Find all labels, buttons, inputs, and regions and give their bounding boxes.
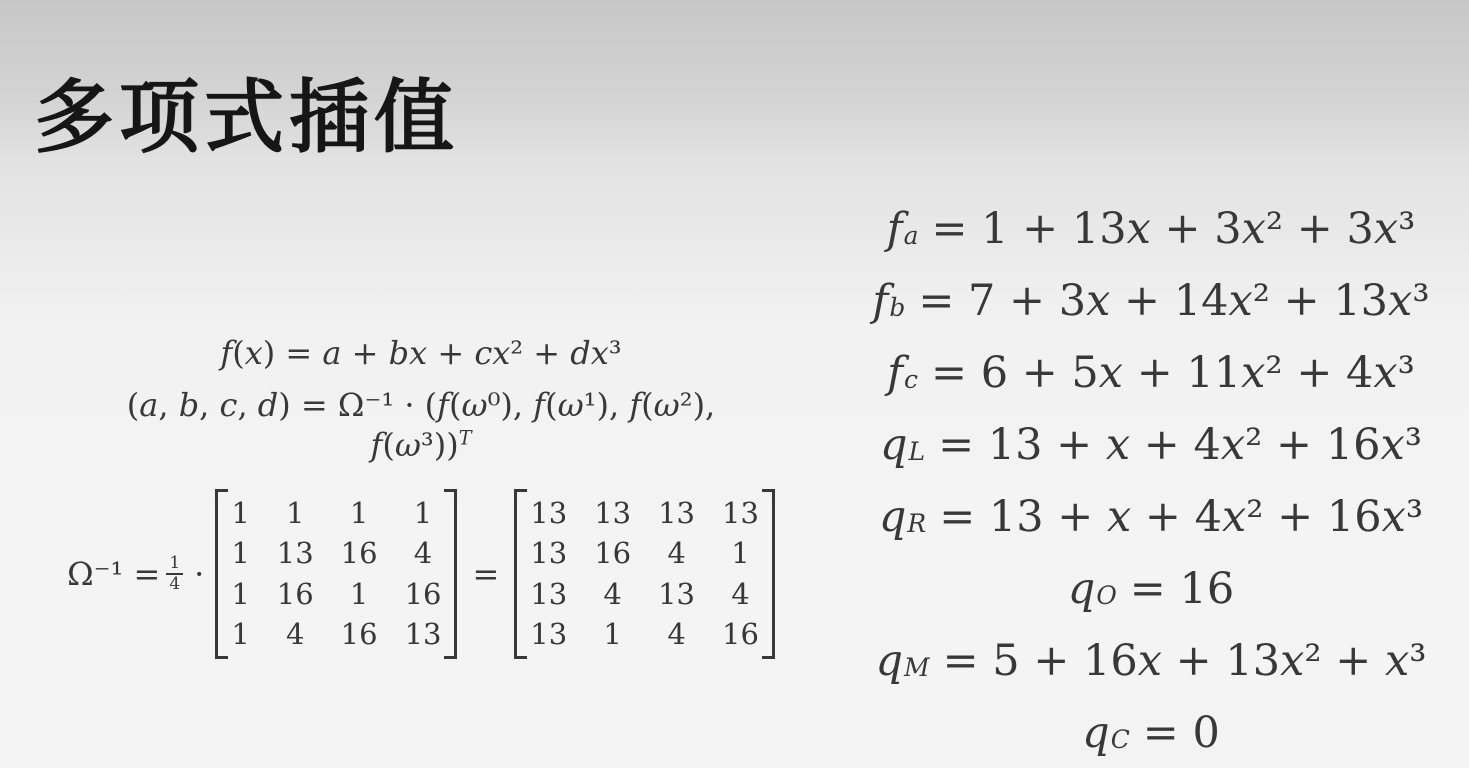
matrix-cell: 13 — [277, 538, 314, 568]
equation-rhs: = 16 — [1130, 564, 1234, 614]
equation-lhs: q — [876, 636, 904, 686]
matrix-cell: 16 — [722, 619, 759, 649]
matrix-cell: 13 — [530, 579, 567, 609]
matrix-cell: 1 — [286, 498, 304, 528]
matrix-cell: 1 — [231, 619, 249, 649]
vandermonde-matrix: 1 1 1 1 1 13 16 4 1 16 1 16 1 4 16 13 — [215, 489, 457, 659]
equation-lhs: q — [1068, 564, 1096, 614]
matrix-cell: 1 — [414, 498, 432, 528]
matrix-cell: 13 — [530, 538, 567, 568]
omega-inverse-lhs: Ω⁻¹ = — [67, 555, 160, 593]
matrix-cell: 13 — [658, 498, 695, 528]
matrix-cell: 1 — [231, 538, 249, 568]
equation-lhs: q — [1082, 708, 1110, 758]
matrix-cell: 4 — [731, 579, 749, 609]
right-equations-column: fa= 1 + 13x + 3x² + 3x³ fb= 7 + 3x + 14x… — [845, 193, 1457, 768]
equation-lhs: q — [879, 492, 907, 542]
equation-lhs: f — [872, 276, 888, 326]
matrix-cell: 1 — [350, 579, 368, 609]
multiplication-dot: · — [194, 555, 204, 593]
equation-qc: qC= 0 — [845, 697, 1457, 768]
equation-rhs: = 5 + 16x + 13x² + x³ — [943, 636, 1427, 686]
equation-lhs: f — [887, 348, 903, 398]
matrix-cell: 1 — [231, 498, 249, 528]
matrix-cell: 1 — [731, 538, 749, 568]
equation-qo: qO= 16 — [845, 553, 1457, 625]
matrix-cell: 13 — [658, 579, 695, 609]
one-quarter-fraction: 1 4 — [166, 554, 183, 594]
matrix-cell: 13 — [405, 619, 442, 649]
formula-polynomial: f(x) = a + bx + cx² + dx³ — [80, 333, 762, 373]
result-matrix: 13 13 13 13 13 16 4 1 13 4 13 4 13 1 4 1… — [514, 489, 775, 659]
equation-rhs: = 1 + 13x + 3x² + 3x³ — [931, 204, 1415, 254]
formula-omega-inverse: Ω⁻¹ = 1 4 · 1 1 1 1 1 13 16 4 1 16 1 16 … — [80, 489, 762, 659]
matrix-cell: 16 — [341, 538, 378, 568]
formula-coefficients: (a, b, c, d) = Ω⁻¹ · (f(ω⁰), f(ω¹), f(ω²… — [80, 385, 762, 465]
page-title: 多项式插值 — [34, 68, 459, 168]
matrix-cell: 16 — [277, 579, 314, 609]
matrix-cell: 13 — [530, 619, 567, 649]
matrix-cell: 13 — [722, 498, 759, 528]
equation-rhs: = 7 + 3x + 14x² + 13x³ — [918, 276, 1429, 326]
equation-fa: fa= 1 + 13x + 3x² + 3x³ — [845, 193, 1457, 265]
fraction-denominator: 4 — [166, 573, 183, 594]
matrix-cell: 13 — [530, 498, 567, 528]
matrix-cell: 1 — [231, 579, 249, 609]
equation-qm: qM= 5 + 16x + 13x² + x³ — [845, 625, 1457, 697]
matrix-cell: 13 — [594, 498, 631, 528]
equation-lhs: f — [887, 204, 903, 254]
equation-fb: fb= 7 + 3x + 14x² + 13x³ — [845, 265, 1457, 337]
equation-rhs: = 0 — [1143, 708, 1220, 758]
matrices-equals-sign: = — [468, 555, 503, 593]
matrix-cell: 4 — [414, 538, 432, 568]
equation-rhs: = 6 + 5x + 11x² + 4x³ — [931, 348, 1415, 398]
equation-lhs: q — [880, 420, 908, 470]
matrix-cell: 1 — [603, 619, 621, 649]
fraction-numerator: 1 — [166, 554, 183, 573]
formula-coefficients-body: (a, b, c, d) = Ω⁻¹ · (f(ω⁰), f(ω¹), f(ω²… — [127, 386, 715, 464]
slide: { "title": "多项式插值", "colors": { "backgro… — [0, 0, 1469, 768]
equation-ql: qL= 13 + x + 4x² + 16x³ — [845, 409, 1457, 481]
matrix-cell: 16 — [341, 619, 378, 649]
equation-qr: qR= 13 + x + 4x² + 16x³ — [845, 481, 1457, 553]
equation-fc: fc= 6 + 5x + 11x² + 4x³ — [845, 337, 1457, 409]
equation-rhs: = 13 + x + 4x² + 16x³ — [939, 492, 1423, 542]
matrix-cell: 4 — [603, 579, 621, 609]
matrix-cell: 4 — [286, 619, 304, 649]
transpose-superscript: T — [459, 426, 472, 449]
matrix-cell: 4 — [667, 619, 685, 649]
matrix-cell: 4 — [667, 538, 685, 568]
matrix-cell: 16 — [594, 538, 631, 568]
left-math-block: f(x) = a + bx + cx² + dx³ (a, b, c, d) =… — [80, 333, 762, 659]
matrix-cell: 1 — [350, 498, 368, 528]
equation-rhs: = 13 + x + 4x² + 16x³ — [938, 420, 1422, 470]
matrix-cell: 16 — [405, 579, 442, 609]
